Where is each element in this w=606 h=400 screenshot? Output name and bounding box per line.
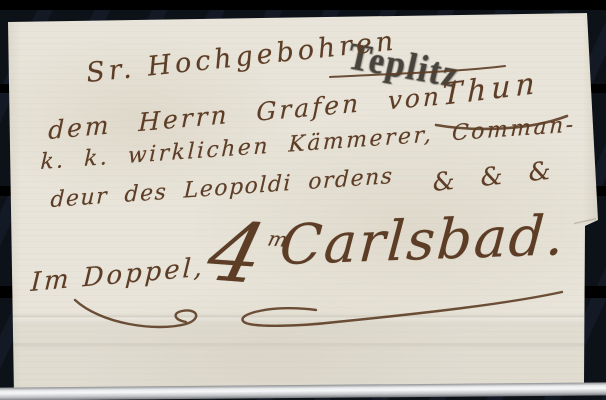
- thun-underline-flourish: [436, 116, 567, 129]
- album-mount-band: [0, 0, 606, 10]
- paper-fold-crease: [574, 214, 596, 228]
- endorsement-underline-flourish: [75, 300, 196, 327]
- ink-flourishes: [6, 10, 600, 398]
- carlsbad-underline-flourish: [242, 292, 562, 326]
- letter-paper: Teplitz Sr. Hochgebohren dem Herrn Grafe…: [6, 10, 600, 398]
- letter-cover-photo: Teplitz Sr. Hochgebohren dem Herrn Grafe…: [0, 0, 606, 400]
- thun-lead-in-stroke: [330, 66, 505, 77]
